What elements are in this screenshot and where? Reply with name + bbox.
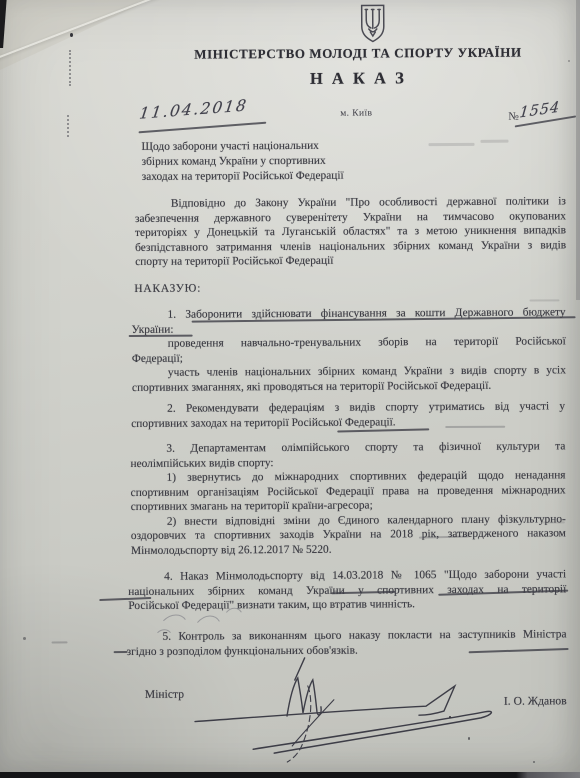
paper-speck — [468, 737, 470, 740]
paper-speck — [449, 716, 451, 718]
minister-signature — [0, 0, 580, 778]
paper-speck — [533, 761, 535, 763]
bottom-scan-bar — [0, 772, 580, 778]
scanned-document-page: МІНІСТЕРСТВО МОЛОДІ ТА СПОРТУ УКРАЇНИ Н … — [0, 0, 580, 778]
paper-speck — [568, 60, 570, 62]
fold-dotted-line — [67, 115, 69, 137]
paper-speck — [70, 33, 73, 37]
document-content: МІНІСТЕРСТВО МОЛОДІ ТА СПОРТУ УКРАЇНИ Н … — [0, 0, 580, 778]
fold-dotted-line — [69, 50, 71, 86]
paper-speck — [23, 637, 26, 640]
scan-edge-right — [576, 0, 580, 300]
